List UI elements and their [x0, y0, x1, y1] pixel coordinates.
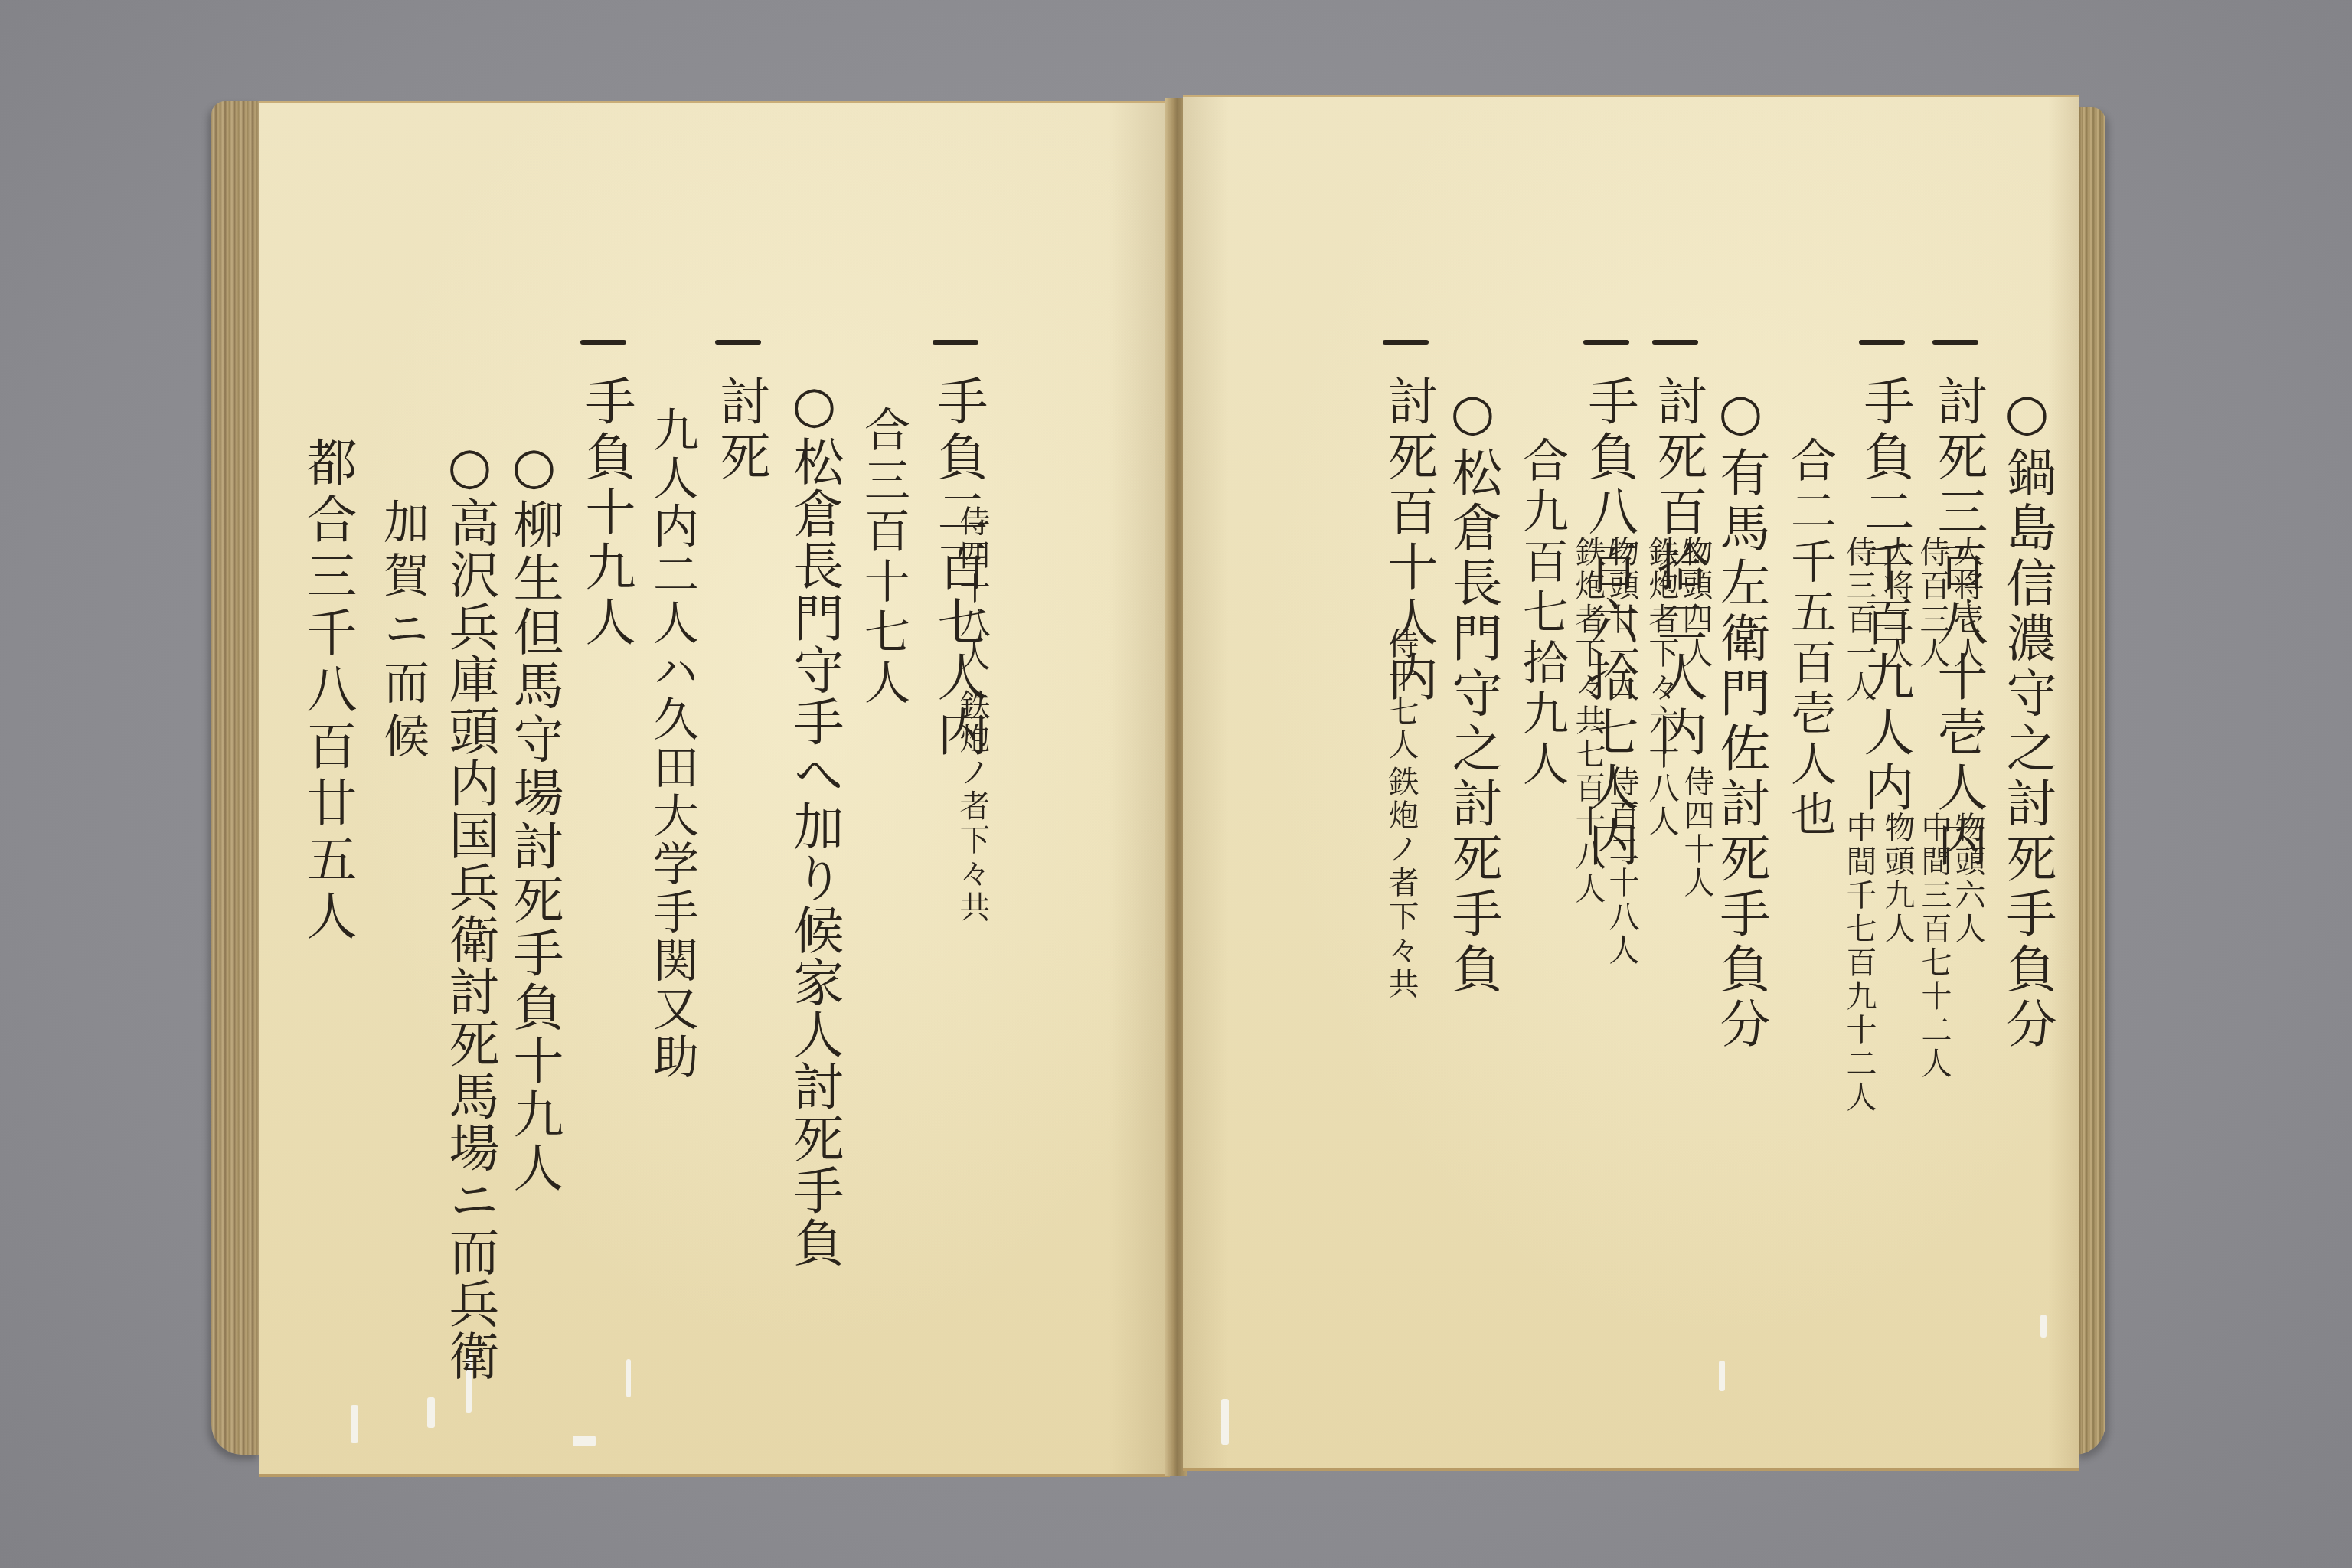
- note-kaga: 加賀ニ而候: [380, 498, 426, 766]
- item-bullet: [1652, 340, 1698, 345]
- note-generals-wounded: 大将二人: [1880, 536, 1911, 671]
- note-attendants-killed: 中間三百七十二人: [1919, 812, 1949, 1081]
- note-officers-killed: 物頭六人: [1952, 812, 1983, 946]
- paper-tear: [427, 1397, 435, 1428]
- open-book: ○鍋島信濃守之討死手負分 討死三百八十壱人内 大将壱人 物頭六人 侍百三人 中間…: [0, 0, 2352, 1568]
- total-nabeshima: 合二千五百壱人也: [1787, 436, 1833, 841]
- note-gunners-killed-arima: 鉄炮者下々六十八人: [1646, 536, 1677, 839]
- note-officers-wounded-arima: 物頭廿一人: [1606, 536, 1637, 704]
- note-killed-retainers: 九人内二人ハ久田大学手関又助: [649, 406, 695, 1081]
- paper-tear: [626, 1359, 631, 1397]
- total-arima: 合九百七拾九人: [1519, 436, 1565, 790]
- item-bullet: [1859, 340, 1905, 345]
- note-attendants-wounded: 中間千七百九十二人: [1844, 812, 1874, 1115]
- note-gunners-wounded-matsukura: 鉄炮ノ者下々共: [957, 689, 988, 925]
- note-samurai-wounded: 侍三百一人: [1844, 536, 1874, 704]
- grand-total: 都合三千八百廿五人: [302, 436, 352, 946]
- heading-matsukura-retainers: ○松倉長門守手へ加り候家人討死手負: [789, 375, 839, 1269]
- heading-arima: ○有馬左衛門佐討死手負分: [1715, 383, 1766, 1053]
- note-samurai-killed-arima: 侍四十人: [1681, 766, 1712, 900]
- total-matsukura: 合三百十七人: [861, 406, 906, 709]
- paper-tear: [2040, 1315, 2047, 1338]
- item-killed-retainers: 討死: [715, 375, 766, 485]
- note-gunners-wounded-arima: 鉄炮者下々共七百十八人: [1573, 536, 1603, 906]
- heading-matsukura: ○松倉長門守之討死手負: [1447, 383, 1498, 998]
- paper-tear: [1719, 1361, 1725, 1391]
- note-samurai-killed-matsukura: 侍十七人: [1386, 628, 1416, 763]
- heading-nabeshima: ○鍋島信濃守之討死手負分: [2001, 383, 2052, 1053]
- right-page-block-edge: [2075, 107, 2105, 1455]
- note-officers-killed-arima: 物頭四人: [1680, 536, 1710, 671]
- note-gunners-killed-matsukura: 鉄炮ノ者下々共: [1386, 766, 1416, 1001]
- item-bullet: [580, 340, 626, 345]
- item-bullet: [1583, 340, 1629, 345]
- item-bullet: [933, 340, 978, 345]
- item-bullet: [715, 340, 761, 345]
- note-samurai-wounded-arima: 侍百二十八人: [1606, 766, 1637, 968]
- paper-tear: [573, 1436, 596, 1446]
- item-bullet: [1932, 340, 1978, 345]
- heading-yagyu: ○柳生但馬守場討死手負十九人: [508, 436, 559, 1195]
- item-wounded-retainers: 手負十九人: [580, 375, 631, 651]
- item-bullet: [1383, 340, 1429, 345]
- paper-tear: [351, 1405, 358, 1443]
- paper-tear: [1221, 1399, 1229, 1445]
- left-page-block-edge: [211, 101, 260, 1455]
- note-samurai-wounded-matsukura: 侍四十八人: [957, 505, 988, 674]
- note-generals-killed: 大将壱人: [1951, 536, 1981, 671]
- heading-takazawa: ○高沢兵庫頭内国兵衛討死馬場ニ而兵衛: [444, 436, 495, 1382]
- left-page: [259, 101, 1170, 1477]
- note-samurai-killed: 侍百三人: [1917, 536, 1948, 671]
- note-officers-wounded: 物頭九人: [1882, 812, 1913, 946]
